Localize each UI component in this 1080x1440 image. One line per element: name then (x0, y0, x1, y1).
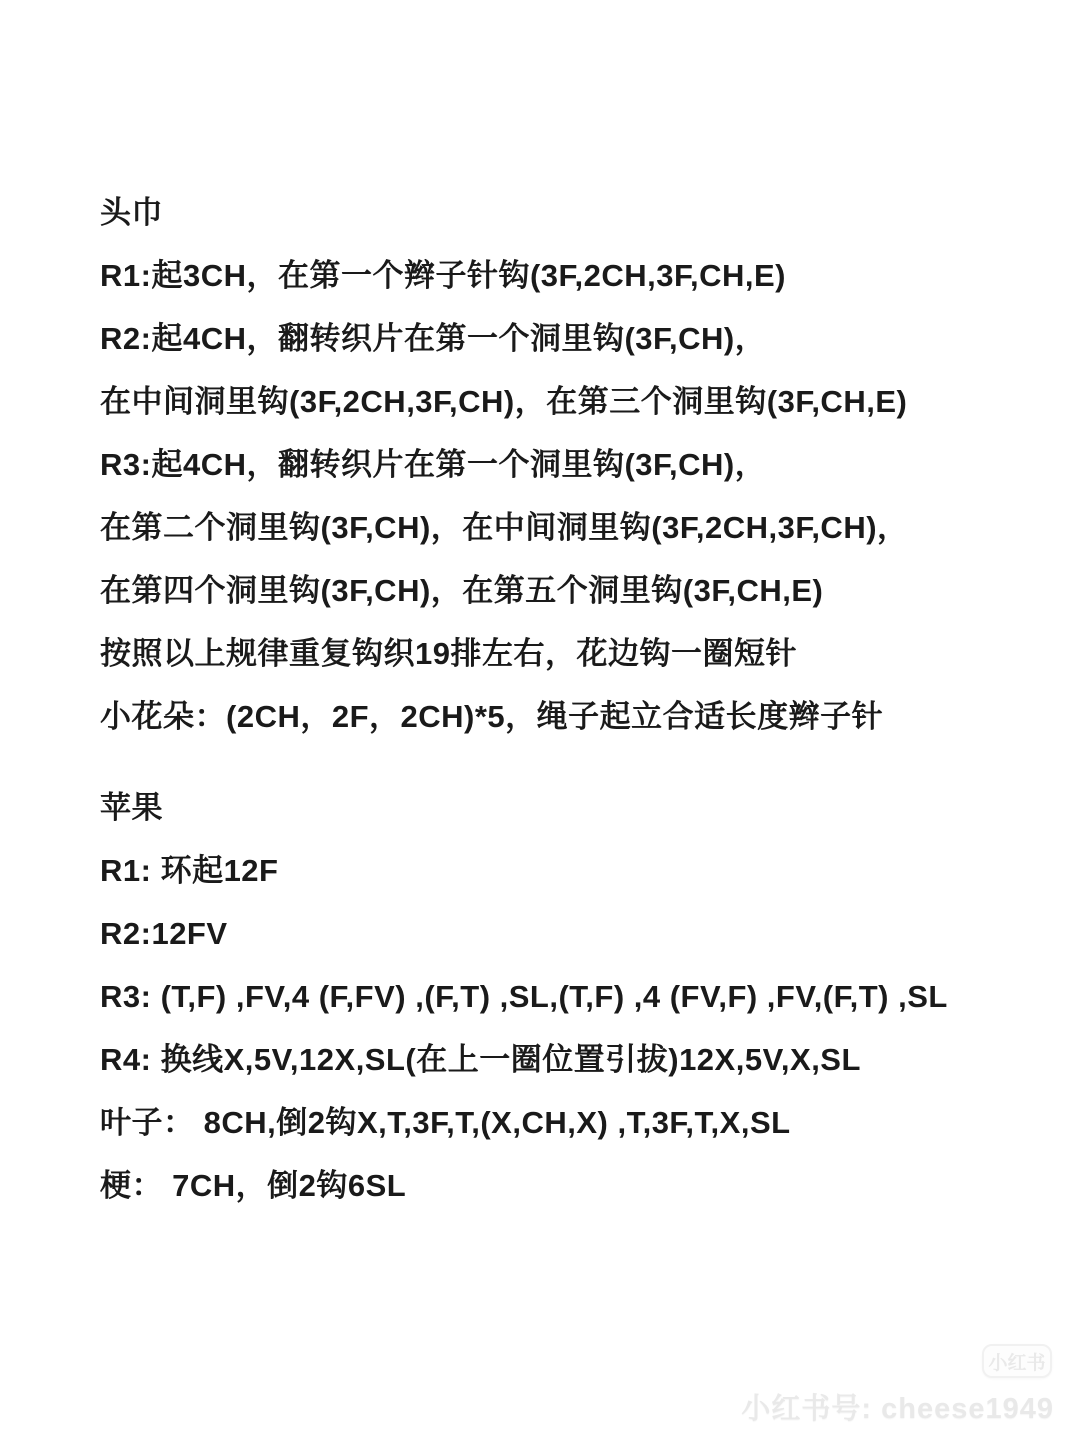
watermark-account-text: 小红书号: cheese1949 (741, 1386, 1054, 1427)
section-headscarf: 头巾 R1:起3CH，在第一个辫子针钩(3F,2CH,3F,CH,E) R2:起… (100, 196, 1040, 733)
pattern-line: R1:起3CH，在第一个辫子针钩(3F,2CH,3F,CH,E) (100, 259, 1040, 292)
section-apple: 苹果 R1: 环起12F R2:12FV R3: (T,F) ,FV,4 (F,… (100, 791, 1040, 1202)
pattern-line: 在中间洞里钩(3F,2CH,3F,CH)，在第三个洞里钩(3F,CH,E) (100, 385, 1040, 418)
pattern-line: R2:12FV (100, 917, 1040, 950)
section-title-headscarf: 头巾 (100, 196, 1040, 229)
pattern-line: R3: (T,F) ,FV,4 (F,FV) ,(F,T) ,SL,(T,F) … (100, 980, 1040, 1013)
pattern-line: 在第四个洞里钩(3F,CH)，在第五个洞里钩(3F,CH,E) (100, 574, 1040, 607)
pattern-line: 在第二个洞里钩(3F,CH)，在中间洞里钩(3F,2CH,3F,CH)， (100, 511, 1040, 544)
pattern-line: 按照以上规律重复钩织19排左右，花边钩一圈短针 (100, 637, 1040, 670)
pattern-line: R4: 换线X,5V,12X,SL(在上一圈位置引拔)12X,5V,X,SL (100, 1043, 1040, 1076)
pattern-line: 梗： 7CH，倒2钩6SL (100, 1169, 1040, 1202)
watermark: 小红书 小红书号: cheese1949 (741, 1344, 1054, 1427)
pattern-line: R3:起4CH，翻转织片在第一个洞里钩(3F,CH)， (100, 448, 1040, 481)
pattern-line: 小花朵：(2CH，2F，2CH)*5，绳子起立合适长度辫子针 (100, 700, 1040, 733)
xiaohongshu-logo-label: 小红书 (988, 1348, 1045, 1375)
pattern-line: R1: 环起12F (100, 854, 1040, 887)
document-page: 头巾 R1:起3CH，在第一个辫子针钩(3F,2CH,3F,CH,E) R2:起… (0, 0, 1080, 1440)
pattern-line: 叶子： 8CH,倒2钩X,T,3F,T,(X,CH,X) ,T,3F,T,X,S… (100, 1106, 1040, 1139)
section-title-apple: 苹果 (100, 791, 1040, 824)
xiaohongshu-logo-badge: 小红书 (982, 1344, 1052, 1378)
pattern-line: R2:起4CH，翻转织片在第一个洞里钩(3F,CH)， (100, 322, 1040, 355)
